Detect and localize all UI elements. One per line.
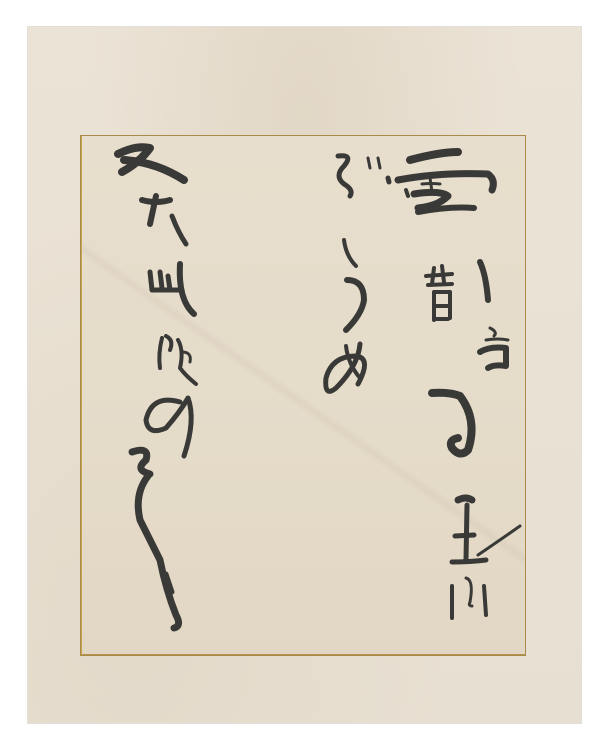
char-za xyxy=(338,156,389,196)
char-mukashi xyxy=(426,262,488,320)
char-small-right xyxy=(480,328,508,368)
char-me xyxy=(326,344,365,391)
char-sai xyxy=(132,450,179,628)
char-kono xyxy=(150,264,194,314)
char-kumo xyxy=(398,152,493,212)
char-no xyxy=(146,398,191,456)
char-sei-signature xyxy=(452,498,520,618)
char-mata xyxy=(118,147,184,180)
calligraphy-ink xyxy=(0,0,607,750)
char-ru xyxy=(432,393,472,454)
char-ta xyxy=(142,196,186,244)
char-goro xyxy=(159,336,196,384)
char-ra xyxy=(344,240,364,330)
